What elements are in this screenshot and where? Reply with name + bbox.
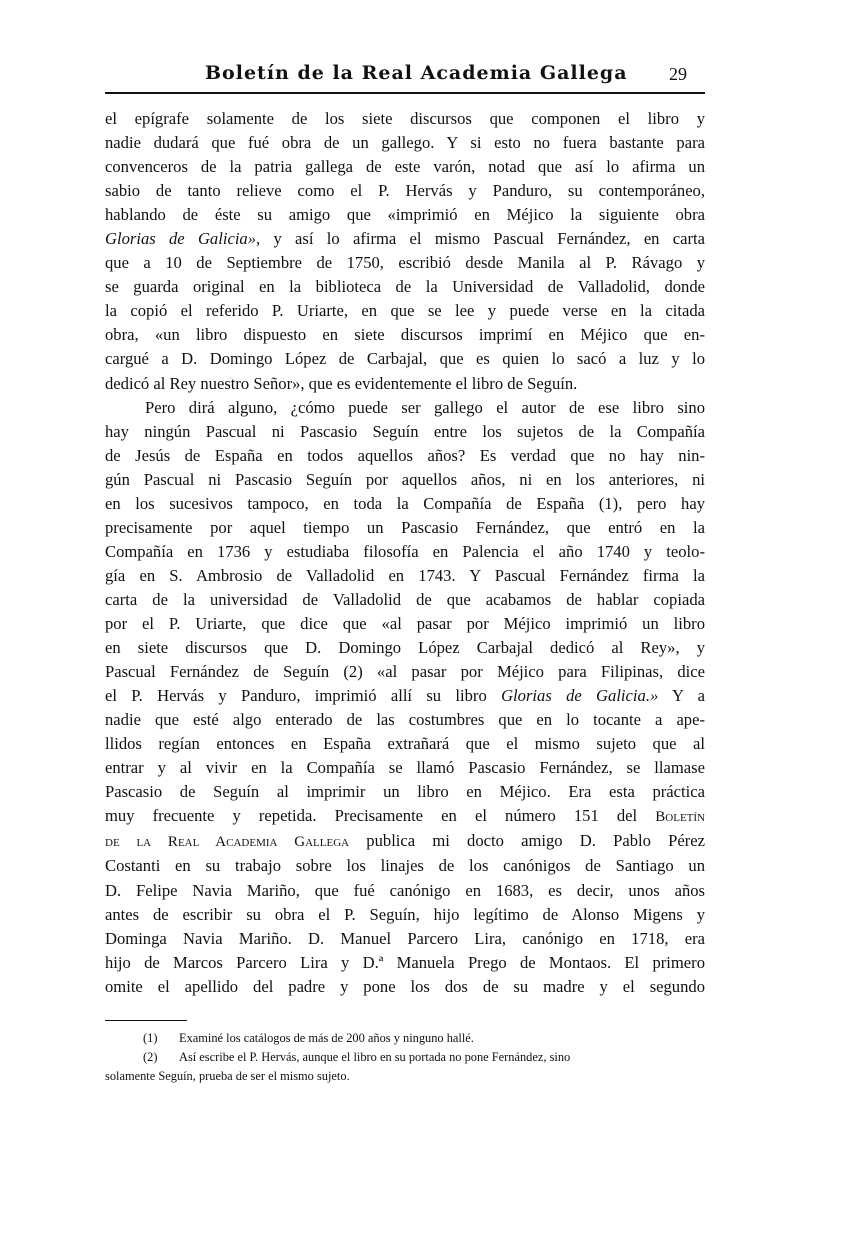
text-line: Pascual Fernández de Seguín (2) «al pasa…: [105, 660, 705, 684]
text-line: antes de escribir su obra el P. Seguín, …: [105, 903, 705, 927]
footnote-rule: [105, 1020, 187, 1021]
text-line: Glorias de Galicia», y así lo afirma el …: [105, 227, 705, 251]
text-line: nadie dudará que fué obra de un gallego.…: [105, 131, 705, 155]
text-line: llidos regían entonces en España extraña…: [105, 732, 705, 756]
footnote-1: (1)Examiné los catálogos de más de 200 a…: [105, 1029, 705, 1048]
text-line: carta de la universidad de Valladolid de…: [105, 588, 705, 612]
text-line: Costanti en su trabajo sobre los linajes…: [105, 854, 705, 878]
text-line: muy frecuente y repetida. Precisamente e…: [105, 804, 705, 829]
text-line: por el P. Uriarte, que dice que «al pasa…: [105, 612, 705, 636]
text-line: convenceros de la patria gallega de este…: [105, 155, 705, 179]
text-line: que a 10 de Septiembre de 1750, escribió…: [105, 251, 705, 275]
text-line: precisamente por aquel tiempo un Pascasi…: [105, 516, 705, 540]
text-line: hijo de Marcos Parcero Lira y D.ª Manuel…: [105, 951, 705, 975]
text-line: entrar y al vivir en la Compañía se llam…: [105, 756, 705, 780]
text-line: D. Felipe Navia Mariño, que fué canónigo…: [105, 879, 705, 903]
page-number: 29: [669, 64, 687, 85]
text-line: en siete discursos que D. Domingo López …: [105, 636, 705, 660]
text-line: hay ningún Pascual ni Pascasio Seguín en…: [105, 420, 705, 444]
smallcaps-journal: Boletín: [655, 809, 705, 825]
text-line: cargué a D. Domingo López de Carbajal, q…: [105, 347, 705, 371]
text-line: la copió el referido P. Uriarte, en que …: [105, 299, 705, 323]
italic-title: Glorias de Galicia»: [105, 229, 256, 248]
text-line: en los sucesivos tampoco, en toda la Com…: [105, 492, 705, 516]
footnote-2-continuation: solamente Seguín, prueba de ser el mismo…: [105, 1067, 705, 1086]
text-line: de Jesús de España en todos aquellos año…: [105, 444, 705, 468]
footnote-2: (2)Así escribe el P. Hervás, aunque el l…: [105, 1048, 705, 1067]
text-line: nadie que esté algo enterado de las cost…: [105, 708, 705, 732]
smallcaps-journal: de la Real Academia Gallega: [105, 834, 349, 850]
italic-title: Glorias de Galicia.»: [501, 686, 658, 705]
footnote-mark: (1): [105, 1029, 179, 1048]
text-line: se guarda original en la biblioteca de l…: [105, 275, 705, 299]
running-title: Boletín de la Real Academia Gallega: [205, 62, 628, 84]
text-line: gía en S. Ambrosio de Valladolid en 1743…: [105, 564, 705, 588]
text-line: hablando de éste su amigo que «imprimió …: [105, 203, 705, 227]
page-header: Boletín de la Real Academia Gallega 29: [105, 62, 705, 94]
footnotes: (1)Examiné los catálogos de más de 200 a…: [105, 1029, 705, 1086]
text-line: gún Pascual ni Pascasio Seguín por aquel…: [105, 468, 705, 492]
text-line: de la Real Academia Gallega publica mi d…: [105, 829, 705, 854]
text-line: Pero dirá alguno, ¿cómo puede ser galleg…: [105, 396, 705, 420]
text-line: Compañía en 1736 y estudiaba filosofía e…: [105, 540, 705, 564]
text-line: Dominga Navia Mariño. D. Manuel Parcero …: [105, 927, 705, 951]
text-line: Pascasio de Seguín al imprimir un libro …: [105, 780, 705, 804]
text-line: sabio de tanto relieve como el P. Hervás…: [105, 179, 705, 203]
footnote-mark: (2): [105, 1048, 179, 1067]
text-line: omite el apellido del padre y pone los d…: [105, 975, 705, 999]
text-line: el P. Hervás y Panduro, imprimió allí su…: [105, 684, 705, 708]
body-text: el epígrafe solamente de los siete discu…: [105, 107, 705, 999]
text-line: obra, «un libro dispuesto en siete discu…: [105, 323, 705, 347]
text-line: el epígrafe solamente de los siete discu…: [105, 107, 705, 131]
text-line: dedicó al Rey nuestro Señor», que es evi…: [105, 372, 705, 396]
header-rule: [105, 92, 705, 94]
